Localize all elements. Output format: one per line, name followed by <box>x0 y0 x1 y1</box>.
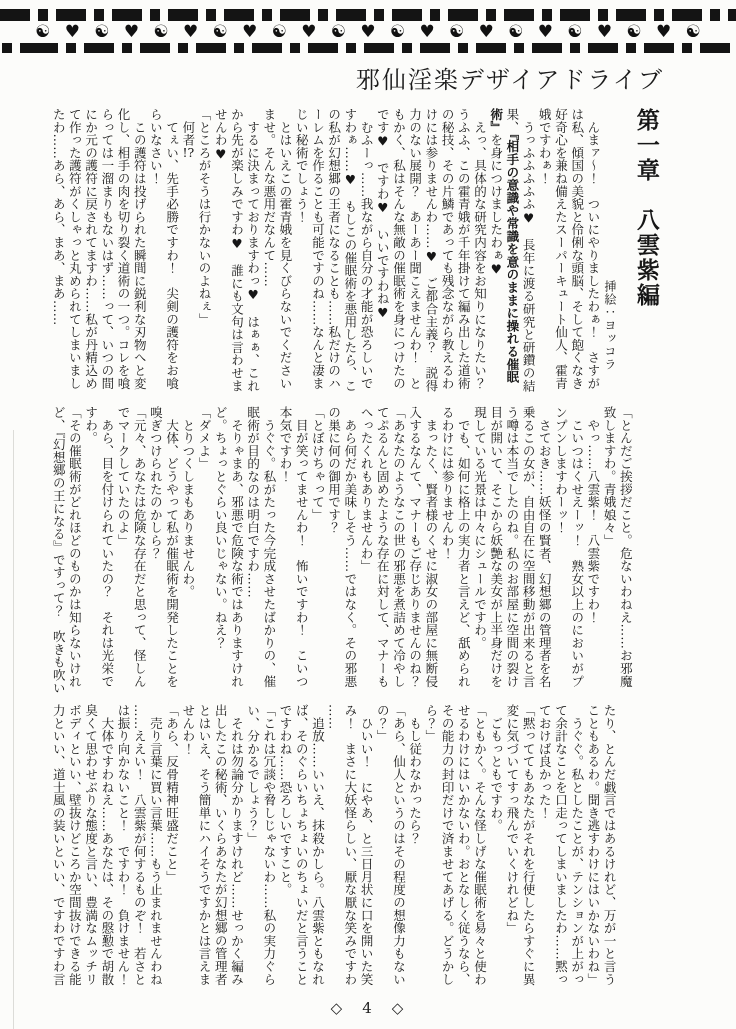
text-column: ば、そのぐらいちょちょいのちょいだと言うこと <box>293 704 309 988</box>
text-column: ら？」 <box>423 704 439 988</box>
yinyang-icon: ☯ <box>449 24 464 41</box>
text-column: ておけば良かった！ <box>536 704 552 988</box>
text-column: 大体、どうやって私が催眠術を開発したことを <box>163 406 179 690</box>
text-column: の私が幻想郷の王者になることも……私だけのハ <box>325 108 341 392</box>
illustrator-credit: 挿絵：ヨッコラ <box>601 108 618 392</box>
text-column: でも、如何に格上の実力者と言えど、舐められ <box>455 406 471 690</box>
yinyang-icon: ☯ <box>213 24 228 41</box>
text-column: この護符は投げられた瞬間に鋭利な刃物へと変 <box>131 108 147 392</box>
text-column: ひいい！ にやあ、と三日月状に口を開いた笑 <box>358 704 374 988</box>
text-column: てぷるんと固めたような存在に対して、マナーも <box>374 406 390 690</box>
text-column: こいつはくせえーッ！ 熟女以上のにおいがプ <box>569 406 585 690</box>
yinyang-icon: ☯ <box>390 24 405 41</box>
footer-diamond-right: ◇ <box>392 999 406 1017</box>
book-title: 邪仙淫楽デザイアドライブ <box>356 60 664 95</box>
text-column: ませ。そんな悪用だなんて…… <box>261 108 277 392</box>
text-column: うっふふふふふ♥ 長年に渡る研究と研鑽の結 <box>520 108 536 392</box>
text-column: でマークしていたのよ」 <box>115 406 131 690</box>
text-column: 「元々、あなたは危険な存在だと思って、怪しん <box>131 406 147 690</box>
text-column: んまァ～！ ついにやりましたわぁ！ さすが <box>585 108 601 392</box>
heart-icon: ♥ <box>656 24 671 41</box>
text-column: 「これは冗談や脅しじゃないわ……私の実力ぐら <box>261 704 277 988</box>
text-column: う噂は本当でしたのね。私のお部屋に空間の裂け <box>504 406 520 690</box>
text-band-2: 「とんだご挨拶だこと。危ないわねえ……お邪魔致しますわ。青娥娘々」 やっ……八雲… <box>50 406 633 690</box>
text-column: その能力の封印だけで済ませてあげる。どうかし <box>439 704 455 988</box>
heart-icon: ♥ <box>183 24 198 41</box>
text-column: あら何だか美味しそう……ではなく。その邪悪 <box>342 406 358 690</box>
page-number: 4 <box>362 999 374 1017</box>
heart-icon: ♥ <box>301 24 316 41</box>
heart-icon: ♥ <box>360 24 375 41</box>
text-column: せるわけにはいかないわ。おとなしく従うなら、 <box>455 704 471 988</box>
heart-icon: ♥ <box>479 24 494 41</box>
text-column: から先が楽しみですわ♥ 誰にも文句は言わせま <box>228 108 244 392</box>
scan-edge-artifact <box>13 430 14 1029</box>
text-column: てぇい、先手必勝ですわ！ 尖剣の護符をお喰 <box>163 108 179 392</box>
text-column: 「あら、仙人というのはその程度の想像力もない <box>390 704 406 988</box>
text-column: とりつくしまもありませんわ。 <box>180 406 196 690</box>
text-column: せんわ！ <box>180 704 196 988</box>
text-column: たわ……あら、あら、まあ、まあ…… <box>50 108 66 392</box>
text-column: ーレムを作ることも可能ですのね……なんと凄ま <box>309 108 325 392</box>
text-column: 何者!? <box>180 108 196 392</box>
heart-icon: ♥ <box>419 24 434 41</box>
text-column: らいなさい！ <box>147 108 163 392</box>
text-column: やっ……八雲紫！ 八雲紫ですわ！ <box>585 406 601 690</box>
text-band-1: 第一章 八雲紫編 挿絵：ヨッコラ んまァ～！ ついにやりましたわぁ！ さすがは私… <box>50 108 670 392</box>
heart-icon: ♥ <box>597 24 612 41</box>
text-column: い、分かるでしょう？」 <box>244 704 260 988</box>
text-column: えっ、具体的な研究内容をお知りになりたい？ <box>471 108 487 392</box>
text-column: 目が笑ってませんわ！ 怖いですわ！ こいつ <box>293 406 309 690</box>
heart-icon: ♥ <box>65 24 80 41</box>
text-column: そりゃまあ、邪悪で危険な術ではありますけれ <box>228 406 244 690</box>
text-column: らっては一溜まりもないはず……って、いつの間 <box>99 108 115 392</box>
text-column: ど。ちょっとぐらい良いじゃない。ねえ？ <box>212 406 228 690</box>
text-column: じい秘術でしょう！ <box>293 108 309 392</box>
text-column: 大体ですわねえ……あなたは、その慇懃で胡散 <box>99 704 115 988</box>
text-column: 「とんだご挨拶だこと。危ないわねえ……お邪魔 <box>617 406 633 690</box>
text-column: 嗅ぎつけられたのかしら？ <box>147 406 163 690</box>
text-column: 眠術が目的なのは明白ですわ…… <box>244 406 260 690</box>
text-column: けには参りませんわ……♥ ご都合主義？ 説得 <box>423 108 439 392</box>
text-column: 娥ですわぁ！ <box>536 108 552 392</box>
yinyang-icon: ☯ <box>153 24 168 41</box>
text-column: あら、目を付けられていたの？ それは光栄で <box>99 406 115 690</box>
text-column: すわぁ……♥ もしこの催眠術を悪用したら、こ <box>342 108 358 392</box>
text-column: 「とぼけちゃって」 <box>309 406 325 690</box>
text-column: するに決まっておりますわっ♥ はぁぁ、これ <box>244 108 260 392</box>
decorative-top-border: ☯♥☯♥☯♥☯♥☯♥☯♥☯♥☯♥☯♥☯♥☯♥☯ <box>0 9 736 53</box>
text-column: 「あなたのようなこの世の邪悪を煮詰めて冷やし <box>390 406 406 690</box>
text-column: せんわ♥ <box>212 108 228 392</box>
text-column: の巣に何の御用です？ <box>325 406 341 690</box>
yinyang-icon: ☯ <box>626 24 641 41</box>
text-column: …… <box>325 704 341 988</box>
text-column: 目が開いて、そこから妖艶な美女が上半身だけを <box>487 406 503 690</box>
text-column: さておき……妖怪の賢者、幻想郷の管理者を名 <box>536 406 552 690</box>
text-column: 出したこの秘術、いくらあなたが幻想郷の管理者 <box>212 704 228 988</box>
text-column: へったくれもありませんわ」 <box>358 406 374 690</box>
heart-icon: ♥ <box>124 24 139 41</box>
text-column: の？」 <box>374 704 390 988</box>
text-column: 「黙っててもあなたがそれを行使したらすぐに異 <box>520 704 536 988</box>
text-column: とはいえ、そう簡単にハイそうですかとは言えま <box>196 704 212 988</box>
text-column: 現している光景は中々にシュールですわ。 <box>471 406 487 690</box>
heart-icon: ♥ <box>242 24 257 41</box>
text-column: 「ともかく。そんな怪しげな催眠術を易々と使わ <box>471 704 487 988</box>
text-column: は私、傾国の美貌と伶俐な頭脳、そして飽くなき <box>569 108 585 392</box>
yinyang-icon: ☯ <box>508 24 523 41</box>
text-column: うふふ、この霍青娥が千年掛けて編み出した道術 <box>455 108 471 392</box>
yinyang-icon: ☯ <box>331 24 346 41</box>
text-column: まったく、賢者様のくせに淑女の部屋に無断侵 <box>423 406 439 690</box>
main-text-area: 第一章 八雲紫編 挿絵：ヨッコラ んまァ～！ ついにやりましたわぁ！ さすがは私… <box>50 108 680 1002</box>
chapter-heading: 第一章 八雲紫編 <box>630 108 662 392</box>
text-column: の秘技、その片鱗であっても残念ながら教えるわ <box>439 108 455 392</box>
text-column: 売り言葉に買い言葉……もう止まれませんわね <box>147 704 163 988</box>
text-column: ボディといい、壁抜けどころか空間抜けできる能 <box>66 704 82 988</box>
text-column: むふーっ……我ながら自分の才能が恐ろしいで <box>358 108 374 392</box>
text-column: ど、『幻想郷の王になる』ですって？ 吹きも吹い <box>50 406 66 690</box>
yinyang-icon: ☯ <box>35 24 50 41</box>
yinyang-icon: ☯ <box>272 24 287 41</box>
text-column: み！ まさに大妖怪らしい、厭な厭な笑みですわ <box>342 704 358 988</box>
page-footer: ◇4◇ <box>0 999 736 1017</box>
text-column: 好奇心を兼ね備えたスーパーキュート仙人、霍青 <box>552 108 568 392</box>
text-column: すわ。 <box>82 406 98 690</box>
text-column: にか元の護符に戻されてますわ……私が丹精込め <box>82 108 98 392</box>
text-column: 入するなんて、マナーもご存じありませんのね？ <box>406 406 422 690</box>
text-column: ンプンしますわーッ！ <box>552 406 568 690</box>
page-sheet: ☯♥☯♥☯♥☯♥☯♥☯♥☯♥☯♥☯♥☯♥☯♥☯ 邪仙淫楽デザイアドライブ 第一章… <box>0 0 736 1029</box>
text-column: 乗るこの女が、自由自在に空間移動が出来ると言 <box>520 406 536 690</box>
text-column: 「その催眠術がどれほどのものかは知らないけれ <box>66 406 82 690</box>
text-column: て作った護符がくしゃっと丸められてしまいまし <box>66 108 82 392</box>
text-column: 術』を身につけましたわぁ♥ <box>487 108 503 392</box>
text-column: 「ダメよ」 <box>196 406 212 690</box>
text-column: もし従わなかったら？ <box>406 704 422 988</box>
text-column: こともあるわ。聞き逃すわけにはいかないわね」 <box>585 704 601 988</box>
text-column: うぐぐ。私としたことが、テンションが上がっ <box>569 704 585 988</box>
text-column: は振り向かないこと！ ですわ！ 負けません！ <box>115 704 131 988</box>
text-column: 力といい、道士風の装いといい、ですわですわ言 <box>50 704 66 988</box>
text-column: それは勿論分かりますけれど……せっかく編み <box>228 704 244 988</box>
text-band-3: たり、とんだ戯言ではあるけれど、万が一と言うこともあるわ。聞き逃すわけにはいかな… <box>50 704 617 988</box>
text-column: うぐぐ。私がたった今完成させたばかりの、催 <box>261 406 277 690</box>
text-column: て余計なことを口走ってしまいましたわ……黙っ <box>552 704 568 988</box>
text-column: 果、『相手の意識や常識を意のままに操れる催眠 <box>504 108 520 392</box>
text-column: 追放……いいえ、抹殺かしら。八雲紫ともなれ <box>309 704 325 988</box>
text-column: です♥ ですわ♥ いいですわね♥ <box>374 108 390 392</box>
text-column: 化し、相手の肉を切り裂く道術の一つ。コレを喰 <box>115 108 131 392</box>
dashed-bar-top <box>0 9 736 21</box>
text-column: 変に気づいてすっ飛んでいくけれどね」 <box>504 704 520 988</box>
text-column: ごもっともですわ。 <box>487 704 503 988</box>
footer-diamond-left: ◇ <box>331 999 345 1017</box>
text-column: 「あら、反骨精神旺盛だこと」 <box>163 704 179 988</box>
text-column: 力のない展開？ あーあー聞こえませんわ！ と <box>406 108 422 392</box>
text-column: るわけには参りませんわ！ <box>439 406 455 690</box>
text-column: とはいえこの霍青娥を見くびらないでください <box>277 108 293 392</box>
text-column: 「ところがそうは行かないのよねぇ」 <box>196 108 212 392</box>
text-column: 本気ですわ！ <box>277 406 293 690</box>
text-column: 臭くて思わせぶりな態度と言い、豊満なムッチリ <box>82 704 98 988</box>
text-column: 致しますわ。青娥娘々」 <box>601 406 617 690</box>
yinyang-icon: ☯ <box>94 24 109 41</box>
border-symbol-row: ☯♥☯♥☯♥☯♥☯♥☯♥☯♥☯♥☯♥☯♥☯♥☯ <box>0 21 736 43</box>
dashed-bar-bottom <box>0 43 736 53</box>
text-column: ですわね……恐ろしいですこと。 <box>277 704 293 988</box>
heart-icon: ♥ <box>538 24 553 41</box>
text-column: もかく、私はそんな無敵の催眠術を身につけたの <box>390 108 406 392</box>
yinyang-icon: ☯ <box>567 24 582 41</box>
yinyang-icon: ☯ <box>686 24 701 41</box>
text-column: ……ええい！ 八雲紫が何するものぞ！ 若さと <box>131 704 147 988</box>
text-column: たり、とんだ戯言ではあるけれど、万が一と言う <box>601 704 617 988</box>
